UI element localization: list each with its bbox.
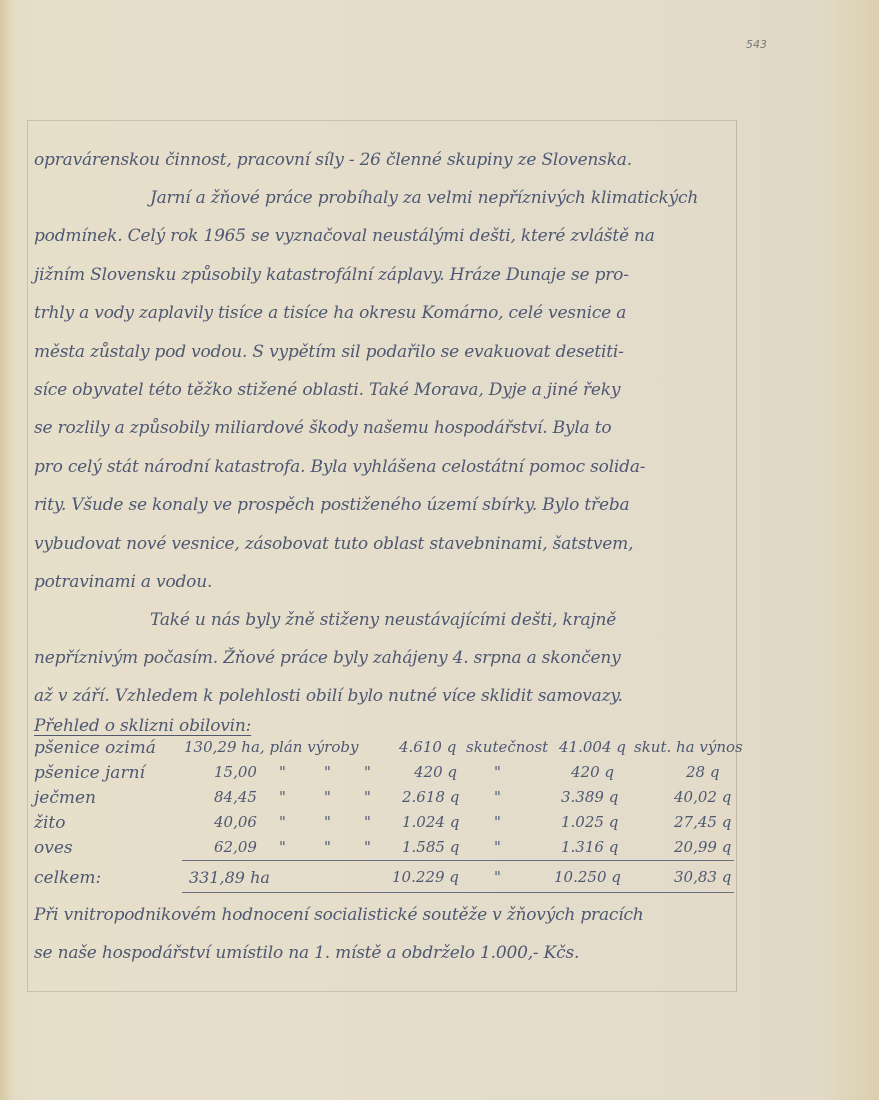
text-line: Jarní a žňové práce probíhaly za velmi n… (150, 188, 698, 208)
area-value: 130,29 (184, 738, 237, 756)
ditto-mark: " (324, 813, 331, 831)
ditto-mark: " (279, 813, 286, 831)
crop-actual: 3.389 q (561, 788, 618, 806)
total-yield: 30,83 q (674, 868, 731, 886)
text-line: potravinami a vodou. (34, 572, 212, 592)
crop-name: oves (34, 838, 73, 858)
crop-area: 40,06 (214, 813, 257, 831)
crop-plan: 1.024 q (402, 813, 459, 831)
text-line: města zůstaly pod vodou. S vypětím sil p… (34, 342, 624, 362)
table-title: Přehled o sklizni obilovin: (34, 716, 251, 736)
crop-name: pšenice jarní (34, 763, 145, 783)
crop-yield: 28 q (686, 763, 719, 781)
crop-name: pšenice ozimá (34, 738, 156, 758)
text-line: jižním Slovensku způsobily katastrofální… (34, 265, 629, 285)
text-line: se rozlily a způsobily miliardové škody … (34, 418, 611, 438)
total-underline (182, 892, 734, 893)
text-line: se naše hospodářství umístilo na 1. míst… (34, 943, 579, 963)
table-row: ječmen 84,45 " " " 2.618 q " 3.389 q 40,… (34, 788, 734, 812)
crop-plan: 420 q (414, 763, 457, 781)
table-row: pšenice ozimá 130,29 ha, plán výroby 4.6… (34, 738, 734, 762)
text-line: podmínek. Celý rok 1965 se vyznačoval ne… (34, 226, 655, 246)
total-label: celkem: (34, 868, 101, 888)
text-line: až v září. Vzhledem k polehlosti obilí b… (34, 686, 623, 706)
page-number: 543 (746, 38, 767, 51)
total-area: 331,89 ha (189, 868, 270, 887)
total-actual: 10.250 q (554, 868, 621, 886)
area-unit: ha, (241, 738, 264, 756)
crop-yield: 20,99 q (674, 838, 731, 856)
table-total-row: celkem: 331,89 ha 10.229 q " 10.250 q 30… (34, 868, 734, 892)
crop-area: 130,29 ha, plán výroby (184, 738, 358, 756)
crop-yield: 27,45 q (674, 813, 731, 831)
ditto-mark: " (364, 813, 371, 831)
text-line: pro celý stát národní katastrofa. Byla v… (34, 457, 645, 477)
ditto-mark: " (324, 838, 331, 856)
ditto-mark: " (494, 763, 501, 781)
ditto-mark: " (364, 788, 371, 806)
text-line: trhly a vody zaplavily tisíce a tisíce h… (34, 303, 626, 323)
table-row: pšenice jarní 15,00 " " " 420 q " 420 q … (34, 763, 734, 787)
crop-name: žito (34, 813, 65, 833)
ditto-mark: " (494, 868, 501, 886)
ditto-mark: " (364, 763, 371, 781)
crop-area: 15,00 (214, 763, 257, 781)
ditto-mark: " (279, 763, 286, 781)
crop-actual: 420 q (571, 763, 614, 781)
text-line: nepříznivým počasím. Žňové práce byly za… (34, 648, 621, 668)
crop-actual: 41.004 q (559, 738, 626, 756)
ditto-mark: " (324, 763, 331, 781)
crop-actual: 1.025 q (561, 813, 618, 831)
table-row: oves 62,09 " " " 1.585 q " 1.316 q 20,99… (34, 838, 734, 862)
total-plan: 10.229 q (392, 868, 459, 886)
plan-label: plán výroby (269, 738, 358, 756)
crop-name: ječmen (34, 788, 96, 808)
text-line: Při vnitropodnikovém hodnocení socialist… (34, 905, 644, 925)
text-line: Také u nás byly žně stiženy neustávající… (150, 610, 616, 630)
actual-label: skutečnost (466, 738, 548, 756)
crop-area: 84,45 (214, 788, 257, 806)
ditto-mark: " (494, 813, 501, 831)
text-line: vybudovat nové vesnice, zásobovat tuto o… (34, 534, 633, 554)
text-line: síce obyvatel této těžko stižené oblasti… (34, 380, 620, 400)
ditto-mark: " (324, 788, 331, 806)
ditto-mark: " (364, 838, 371, 856)
sum-rule (182, 860, 734, 861)
ditto-mark: " (279, 838, 286, 856)
crop-plan: 1.585 q (402, 838, 459, 856)
crop-plan: 2.618 q (402, 788, 459, 806)
ditto-mark: " (494, 838, 501, 856)
ditto-mark: " (279, 788, 286, 806)
yield-label: skut. ha výnos (634, 738, 743, 756)
crop-yield: 40,02 q (674, 788, 731, 806)
table-row: žito 40,06 " " " 1.024 q " 1.025 q 27,45… (34, 813, 734, 837)
crop-actual: 1.316 q (561, 838, 618, 856)
ditto-mark: " (494, 788, 501, 806)
text-line: opravárenskou činnost, pracovní síly - 2… (34, 150, 632, 170)
crop-area: 62,09 (214, 838, 257, 856)
text-line: rity. Všude se konaly ve prospěch postiž… (34, 495, 629, 515)
crop-plan: 4.610 q (399, 738, 456, 756)
